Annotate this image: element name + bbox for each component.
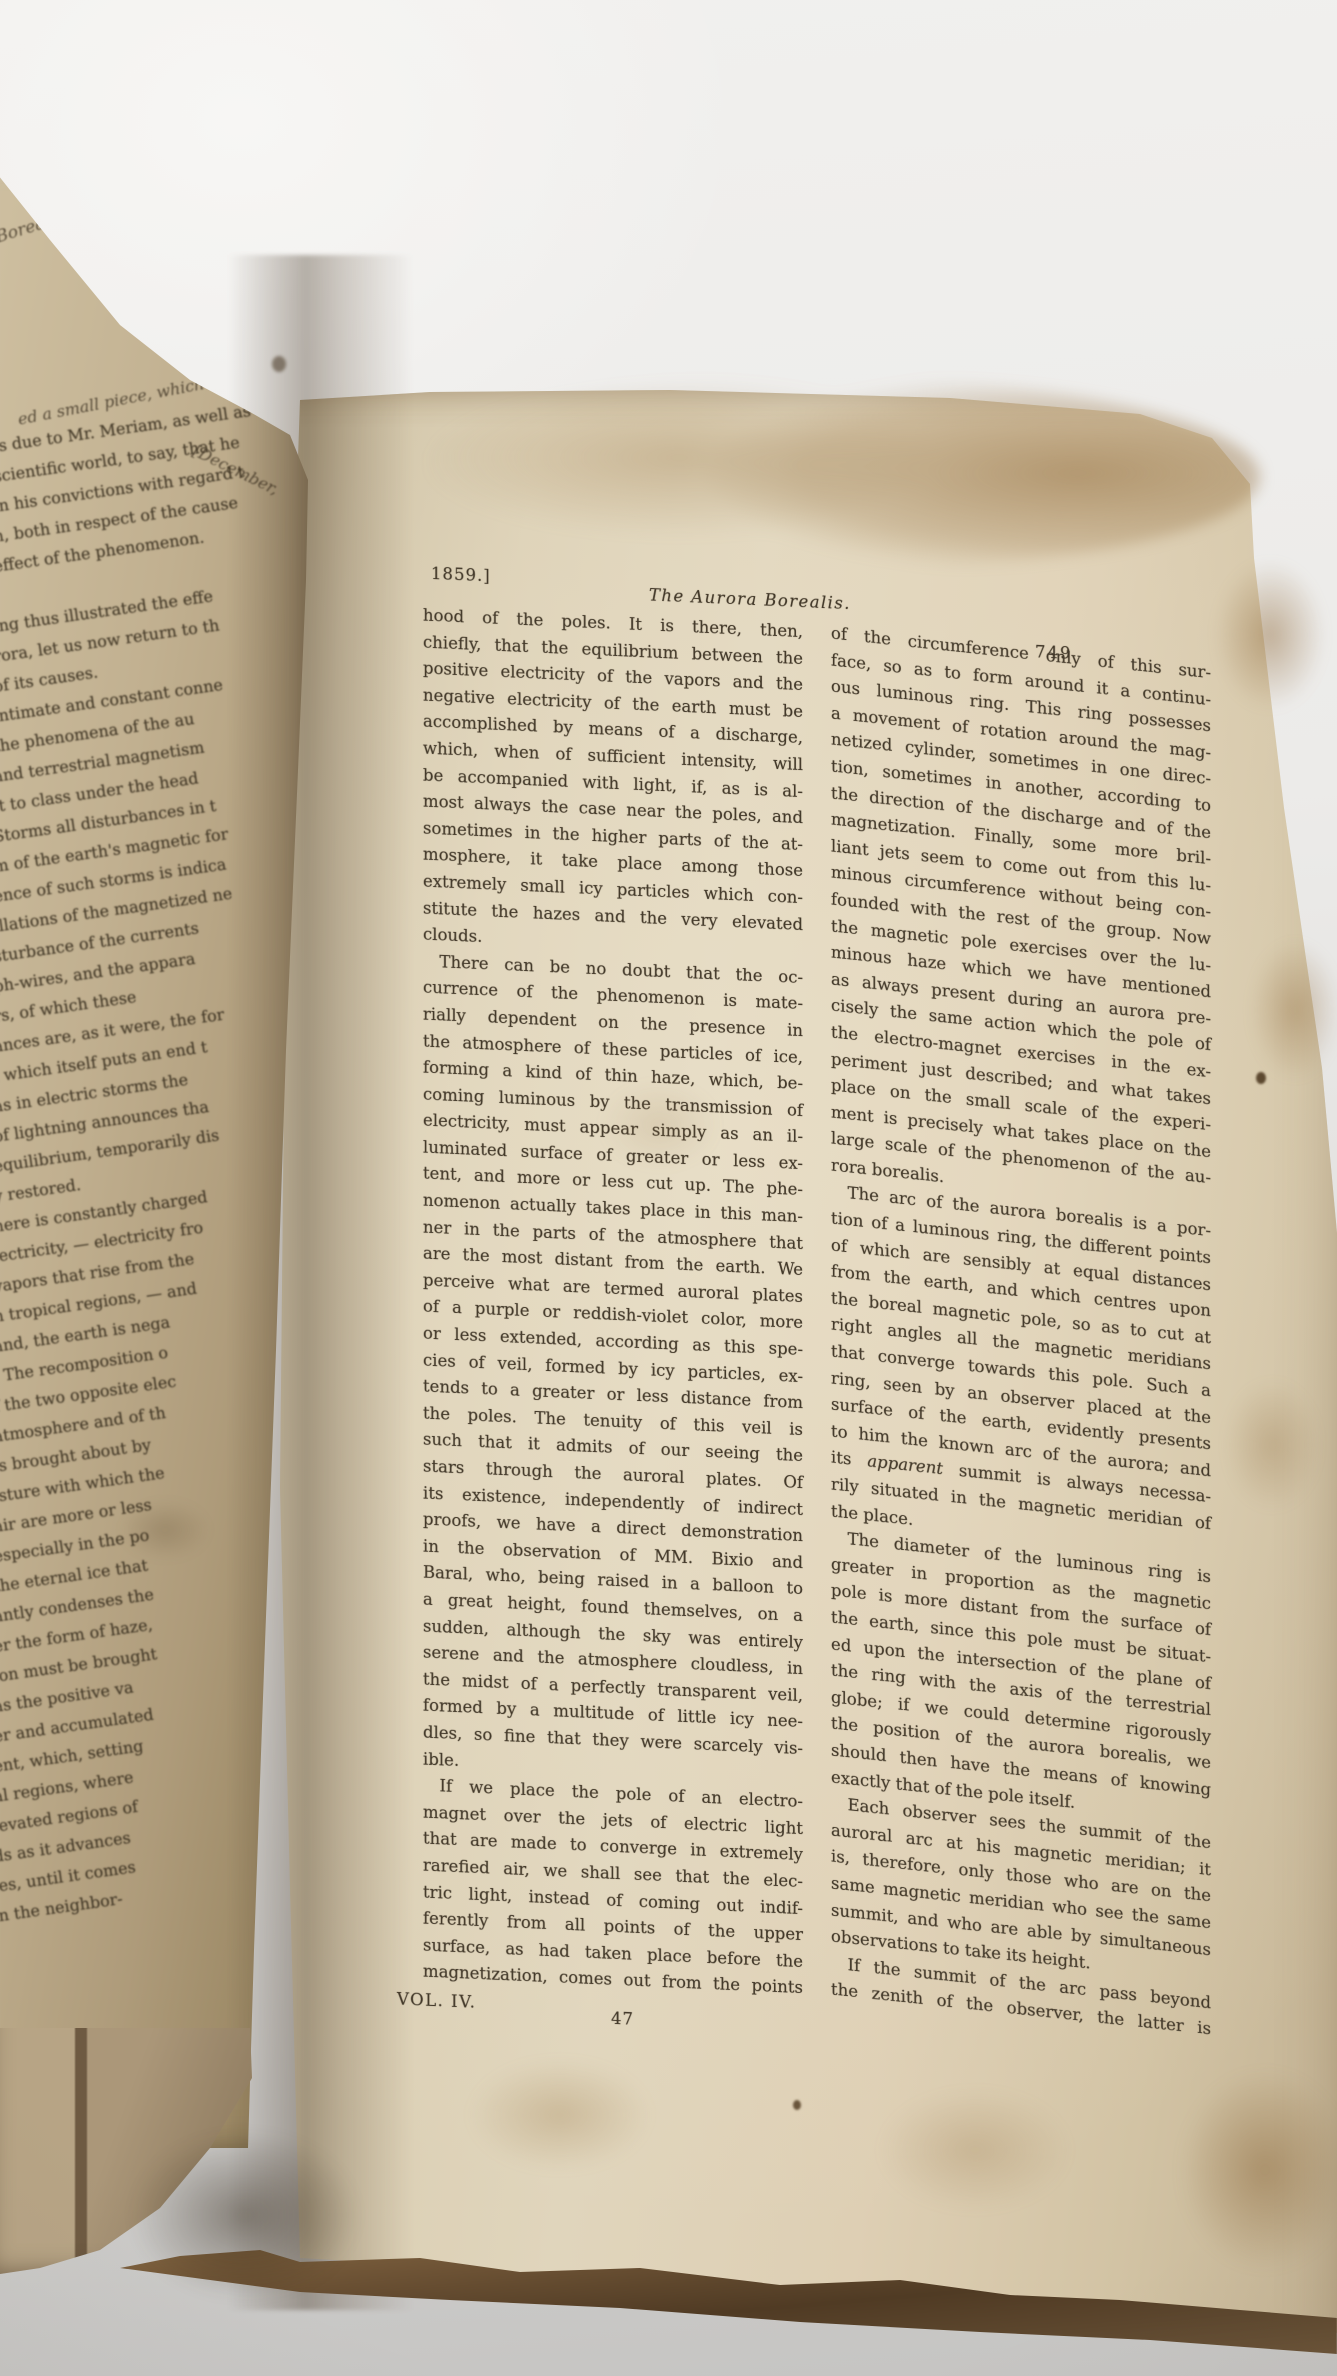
- text-column-1: hood of the poles. It is there, then,chi…: [423, 603, 803, 2002]
- left-running-head: Borealis.: [0, 206, 72, 247]
- text-column-2: of the circumference only of this sur-fa…: [831, 620, 1211, 2043]
- text-columns: hood of the poles. It is there, then,chi…: [423, 603, 1211, 2020]
- year-label: 1859.]: [431, 561, 491, 590]
- right-page-content: 1859.] The Aurora Borealis. 749 hood of …: [250, 388, 1337, 2060]
- gutter-shadow: [228, 255, 413, 2310]
- signature-mark: 47: [611, 2006, 634, 2034]
- page-title: The Aurora Borealis.: [649, 582, 851, 617]
- book-photograph: 1859.] The Aurora Borealis. 749 hood of …: [0, 0, 1337, 2376]
- gutter-bottom-shadow: [130, 2130, 360, 2300]
- right-page: 1859.] The Aurora Borealis. 749 hood of …: [250, 388, 1337, 2353]
